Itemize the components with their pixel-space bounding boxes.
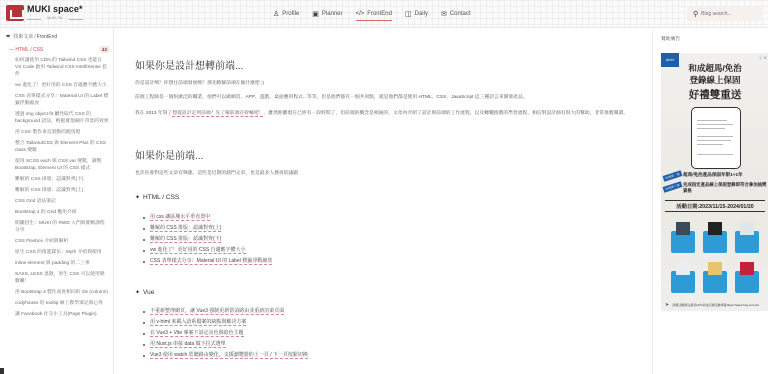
sidebar-article[interactable]: 用 CSS 製作垂直滾動的跑馬燈 (9, 129, 109, 136)
resize-handle (0, 368, 4, 374)
breadcrumb-root[interactable]: 技術文章 (13, 33, 33, 40)
html-css-list: 用 css 讓區塊水平垂直置中 難解的 CSS 排版：認識對齊(上) 難解的 C… (142, 214, 272, 269)
sidebar-article[interactable]: CSS Grid 語法筆記 (9, 198, 109, 205)
heading-label: Vue (143, 289, 154, 296)
ad-offer: 完成指定產品線上保固登錄即符合參加抽獎資格 (683, 182, 767, 194)
sidebar-article[interactable]: CSS Flexbox 介紹與解析 (9, 238, 109, 245)
ad-headline: 登錄線上保固 (661, 74, 768, 86)
search-icon: ⚲ (693, 10, 698, 18)
mail-icon: ✉ (441, 10, 447, 18)
sidebar-article[interactable]: inline element 與 padding 的二三事 (9, 260, 109, 267)
heading-html-css: ✦ HTML / CSS (135, 194, 179, 201)
ad-sidebar: 贊助廣告 Acer ⓘ ✕ 和成超馬/免治 登錄線上保固 好禮雙重送 好禮第一重… (652, 29, 768, 374)
site-logo[interactable]: MUKI space* MUKI.TW (6, 5, 83, 21)
article-list: 如何讓使用 CDN 的 Tailwind CSS 也能在 VS Code 啟用 … (9, 57, 109, 322)
frontend-description: 前端工程師是一個很廣泛的職業，他們可以做網頁、APP、遊戲、桌面應用程式...等… (135, 93, 635, 102)
ad-offer: 超馬/免治產品保固年限1+1年 (683, 172, 743, 178)
sidebar-article[interactable]: 用 Bootstrap 3 製作高度相同的 div (column) (9, 289, 109, 296)
sidebar-article[interactable]: 難解的 CSS 排版：認識對齊(下) (9, 176, 109, 183)
ad-tag: 好禮第一重 (663, 170, 683, 182)
sidebar-article[interactable]: SASS, LESS 退散，原生 CSS 可以使用變數囉！ (9, 271, 109, 285)
article-link[interactable]: 用 Nuxt.js 串接 data 做下拉式選單 (150, 341, 226, 348)
main-content: 如果你是設計想轉前端... 你是設計嗎？你想往前端發展嗎？那先瞭解前端在做什麼吧… (134, 29, 644, 374)
sidebar-article[interactable]: vw 進化了！更好用的 CSS 自適應字體大小 (9, 82, 109, 89)
article-link[interactable]: CSS 表單樣式分享：Material UI 的 Label 標籤浮動縮放 (150, 258, 272, 265)
article-link[interactable]: 難解的 CSS 排版：認識對齊(下) (150, 236, 221, 243)
frontend-intro: 也許你會對這些文章有興趣，這些是近期的熱門文章，也是最多人搜尋的議題 (135, 169, 635, 178)
breadcrumb: ❤ 技術文章 / FrontEnd (6, 33, 57, 40)
article-link[interactable]: 不重新整理網頁，讓 Vue3 強制更新當前路由並重新渲染頁面 (150, 308, 284, 315)
sidebar-article[interactable]: 如何讓使用 CDN 的 Tailwind CSS 也能在 VS Code 啟用 … (9, 57, 109, 78)
sponsored-ad[interactable]: Acer ⓘ ✕ 和成超馬/免治 登錄線上保固 好禮雙重送 好禮第一重 超馬/免… (661, 53, 768, 311)
nav-label: Daily (415, 11, 428, 17)
category-sidebar: ❤ 技術文章 / FrontEnd — HTML / CSS 43 如何讓使用 … (0, 29, 114, 374)
intro-paragraph: 你是設計嗎？你想往前端發展嗎？那先瞭解前端在做什麼吧 :) (135, 79, 635, 88)
search-input[interactable] (701, 11, 756, 17)
paragraph-text: 我在 2013 年寫了 (135, 111, 172, 116)
category-count-badge: 43 (100, 46, 109, 53)
prize-item (671, 231, 695, 253)
prize-item (703, 231, 727, 253)
ad-headline: 和成超馬/免治 (661, 62, 768, 74)
sidebar-article[interactable]: 讓 Facebook 社交小工具(Page Plugin) (9, 311, 109, 318)
user-icon: ♙ (273, 10, 279, 18)
ad-date: 活動日期:2023/11/15-2024/01/20 (665, 200, 765, 212)
vue-list: 不重新整理網頁，讓 Vue3 強制更新當前路由並重新渲染頁面 用 v-html … (142, 308, 308, 363)
prize-item (671, 271, 695, 293)
prize-item (735, 231, 759, 253)
category-label: — HTML / CSS (9, 47, 43, 53)
list-item[interactable]: Vue3 使用 watch 監聽路由變化，支援瀏覽器的上一頁 / 下一頁按鈕切換 (142, 352, 308, 359)
prize-item (735, 271, 759, 293)
sidebar-article[interactable]: 透過 img object-fit 屬性取代 CSS 的 background … (9, 111, 109, 125)
diamond-icon: ✦ (135, 194, 140, 201)
list-item[interactable]: 用 Nuxt.js 串接 data 做下拉式選單 (142, 341, 308, 348)
code-icon: </> (356, 11, 365, 17)
diamond-icon: ✦ (135, 289, 140, 296)
article-link[interactable]: 難解的 CSS 排版：認識對齊(上) (150, 225, 221, 232)
nav-frontend[interactable]: </> FrontEnd (356, 8, 392, 20)
calendar-icon: ▣ (312, 10, 319, 18)
phone-illustration (691, 107, 741, 169)
heading-label: HTML / CSS (143, 194, 179, 201)
recommend-paragraph: 我在 2013 年寫了想從設計走到前端？先了解前端在幹嘛吧！，雖然距離現在已經有… (135, 109, 635, 118)
list-item[interactable]: CSS 表單樣式分享：Material UI 的 Label 標籤浮動縮放 (142, 258, 272, 265)
paragraph-text: ，雖然距離現在已經有一段時間了，但前端的概念是相通的，文章內介紹了設計與前端的工… (263, 111, 628, 116)
sidebar-article[interactable]: 難解的 CSS 排版：認識對齊(上) (9, 187, 109, 194)
nav-label: Planner (322, 11, 343, 17)
arrow-icon: ➤ (665, 302, 669, 308)
article-link[interactable]: 在 Vue3 + Vite 專案下設定亮色與暗色主題 (150, 330, 244, 337)
section-title-designer: 如果你是設計想轉前端... (135, 57, 243, 72)
main-nav: ♙ Profile ▣ Planner </> FrontEnd ◫ Daily… (273, 8, 484, 20)
category-html-css[interactable]: — HTML / CSS 43 (9, 46, 109, 53)
article-link[interactable]: 用 css 讓區塊水平垂直置中 (150, 214, 210, 221)
heading-vue: ✦ Vue (135, 289, 154, 296)
nav-daily[interactable]: ◫ Daily (405, 8, 428, 20)
article-link[interactable]: vw 進化了！更好用的 CSS 自適應字體大小 (150, 247, 246, 254)
sidebar-article[interactable]: CSS 表單樣式分享：Material UI 的 Label 標籤浮動縮放 (9, 93, 109, 107)
list-item[interactable]: 難解的 CSS 排版：認識對齊(上) (142, 225, 272, 232)
list-item[interactable]: 用 css 讓區塊水平垂直置中 (142, 214, 272, 221)
sidebar-article[interactable]: 原生 CSS 的推進隊伍：Myth 介紹與使用 (9, 249, 109, 256)
nav-label: FrontEnd (367, 11, 392, 17)
blog-search[interactable]: ⚲ (687, 7, 763, 21)
list-item[interactable]: 不重新整理網頁，讓 Vue3 強制更新當前路由並重新渲染頁面 (142, 308, 308, 315)
site-header: MUKI space* MUKI.TW ♙ Profile ▣ Planner … (0, 0, 768, 28)
ad-headline: 好禮雙重送 (661, 87, 768, 102)
list-item[interactable]: 難解的 CSS 排版：認識對齊(下) (142, 236, 272, 243)
heart-icon: ❤ (6, 34, 10, 40)
sidebar-article[interactable]: codyhouse 的 tooltip 線上教學筆記與心得 (9, 300, 109, 307)
section-title-frontend: 如果你是前端... (135, 147, 203, 162)
list-item[interactable]: 在 Vue3 + Vite 專案下設定亮色與暗色主題 (142, 330, 308, 337)
article-link[interactable]: Vue3 使用 watch 監聽路由變化，支援瀏覽器的上一頁 / 下一頁按鈕切換 (150, 352, 308, 359)
sidebar-article[interactable]: 開團招生：MUKI 的 RWD 入門與實戰課程分享 (9, 220, 109, 234)
article-link[interactable]: 用 v-html 來載入語系檔案的缺點與解決方案 (150, 319, 246, 326)
ad-footer-text: 詳細活動辦法請見HCG和成官網活動專區https://www.hcg.com.t… (672, 303, 759, 307)
sidebar-article[interactable]: 整合 TailwindCSS 與 Element Plus 的 CSS clas… (9, 140, 109, 154)
ad-section-title: 贊助廣告 (661, 35, 680, 42)
ad-tag: 好禮第二重 (663, 181, 683, 193)
article-link[interactable]: 想從設計走到前端？先了解前端在幹嘛吧！ (172, 111, 263, 117)
nav-planner[interactable]: ▣ Planner (312, 8, 342, 20)
nav-contact[interactable]: ✉ Contact (441, 8, 471, 20)
book-icon: ◫ (405, 10, 412, 18)
sidebar-article[interactable]: 使用 SCSS each 與 CSS var 變數，調整 Bootstrap, … (9, 158, 109, 172)
list-item[interactable]: 用 v-html 來載入語系檔案的缺點與解決方案 (142, 319, 308, 326)
nav-label: Contact (450, 11, 471, 17)
nav-profile[interactable]: ♙ Profile (273, 8, 299, 20)
breadcrumb-current[interactable]: FrontEnd (37, 34, 58, 40)
breadcrumb-separator: / (34, 34, 35, 40)
logo-subtitle: MUKI.TW (27, 17, 83, 21)
sidebar-article[interactable]: Bootstrap 4 的 Grid 應用介紹 (9, 209, 109, 216)
list-item[interactable]: vw 進化了！更好用的 CSS 自適應字體大小 (142, 247, 272, 254)
ad-footer: ➤ 詳細活動辦法請見HCG和成官網活動專區https://www.hcg.com… (665, 302, 759, 308)
logo-mark-icon (6, 5, 24, 21)
ad-close-icon[interactable]: ⓘ ✕ (759, 55, 767, 61)
prize-item (703, 271, 727, 293)
logo-title: MUKI space* (27, 5, 83, 14)
nav-label: Profile (282, 11, 299, 17)
